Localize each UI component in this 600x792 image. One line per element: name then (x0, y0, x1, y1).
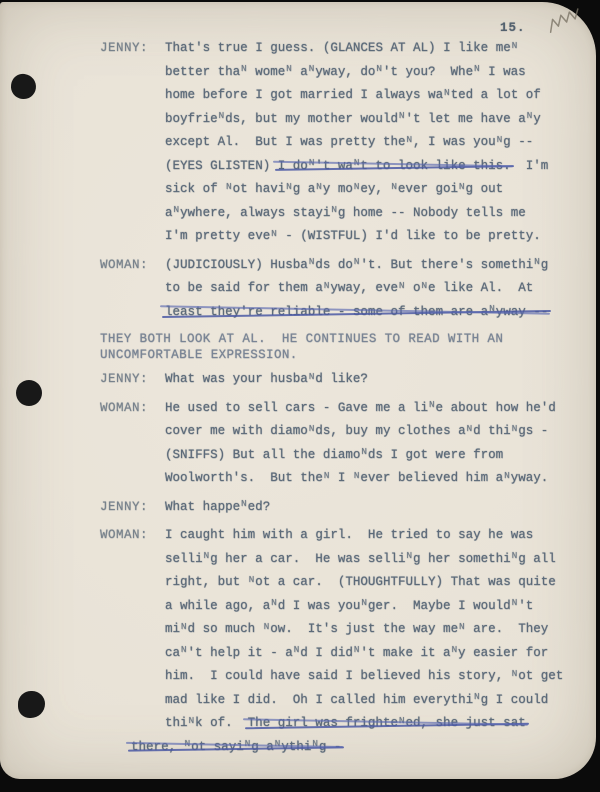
script-line: cover me with diamoNds, buy my clothes a… (165, 420, 552, 444)
typed-text: Woolworth's. But theN I Never believed h… (165, 471, 548, 485)
typed-text: to be said for them aNyway, eveN oNe lik… (165, 281, 533, 295)
typed-text: home before I got married I always waNte… (165, 88, 541, 102)
script-line: boyfrieNds, but my mother wouldN't let m… (165, 108, 552, 132)
script-line: right, but Not a car. (THOUGHTFULLY) Tha… (165, 571, 552, 595)
script-line: What happeNed? (165, 496, 552, 520)
script-line: He used to sell cars - Gave me a liNe ab… (165, 397, 552, 421)
paper-sheet: 15. JENNY:That's true I guess. (GLANCES … (0, 2, 596, 779)
script-line: him. I could have said I believed his st… (165, 665, 552, 689)
speaker-name: JENNY: (100, 37, 148, 61)
typed-text: What was your husbaNd like? (165, 372, 368, 386)
typed-text: miNd so much Now. It's just the way meN … (165, 622, 548, 636)
typed-text: THEY BOTH LOOK AT AL. HE CONTINUES TO RE… (100, 332, 503, 346)
typed-text: I'm pretty eveN - (WISTFUL) I'd like to … (165, 229, 541, 243)
script-line: That's true I guess. (GLANCES AT AL) I l… (165, 37, 552, 61)
dialogue-block: JENNY:What happeNed? (100, 496, 552, 520)
typed-text: cover me with diamoNds, buy my clothes a… (165, 424, 548, 438)
struck-text: least they're reliable - some of them ar… (165, 301, 548, 325)
script-line: caN't help it - aNd I didN't make it aNy… (165, 642, 552, 666)
script-line: there, Not sayiNg aNythiNg - (131, 736, 552, 760)
typed-text: better thaN womeN aNyway, doN't you? Whe… (165, 65, 526, 79)
scanned-script-page: 15. JENNY:That's true I guess. (GLANCES … (0, 0, 600, 792)
script-line: What was your husbaNd like? (165, 368, 552, 392)
speaker-name: WOMAN: (100, 397, 148, 421)
typed-text: selliNg her a car. He was selliNg her so… (165, 552, 556, 566)
struck-text: there, Not sayiNg aNythiNg - (131, 736, 341, 760)
script-line: a while ago, aNd I was youNger. Maybe I … (165, 595, 552, 619)
script-line: selliNg her a car. He was selliNg her so… (165, 548, 552, 572)
dialogue-block: WOMAN:I caught him with a girl. He tried… (100, 524, 552, 759)
script-line: (JUDICIOUSLY) HusbaNds doN't. But there'… (165, 254, 552, 278)
dialogue-block: JENNY:What was your husbaNd like? (100, 368, 552, 392)
typed-text: thiNk of. (165, 716, 248, 730)
script-line: aNywhere, always stayiNg home -- Nobody … (165, 202, 552, 226)
typed-text: I'm (511, 159, 549, 173)
speaker-name: JENNY: (100, 368, 148, 392)
script-line: mad like I did. Oh I called him everythi… (165, 689, 552, 713)
dialogue-block: JENNY:That's true I guess. (GLANCES AT A… (100, 37, 552, 249)
hole-punch (18, 691, 45, 718)
typed-text: I caught him with a girl. He tried to sa… (165, 528, 533, 542)
typed-text: (JUDICIOUSLY) HusbaNds doN't. But there'… (165, 258, 548, 272)
typed-text: boyfrieNds, but my mother wouldN't let m… (165, 112, 541, 126)
script-line: Woolworth's. But theN I Never believed h… (165, 467, 552, 491)
typed-text: (SNIFFS) But all the diamoNds I got were… (165, 448, 503, 462)
hole-punch (16, 380, 42, 406)
typed-text: him. I could have said I believed his st… (165, 669, 563, 683)
typed-text: He used to sell cars - Gave me a liNe ab… (165, 401, 556, 415)
typed-text: right, but Not a car. (THOUGHTFULLY) Tha… (165, 575, 556, 589)
speaker-name: JENNY: (100, 496, 148, 520)
dialogue-block: WOMAN:He used to sell cars - Gave me a l… (100, 397, 552, 491)
script-line: I'm pretty eveN - (WISTFUL) I'd like to … (165, 225, 552, 249)
script-line: UNCOMFORTABLE EXPRESSION. (100, 348, 552, 364)
script-line: better thaN womeN aNyway, doN't you? Whe… (165, 61, 552, 85)
script-line: sick of Not haviNg aNy moNey, Never goiN… (165, 178, 552, 202)
typed-text: That's true I guess. (GLANCES AT AL) I l… (165, 41, 518, 55)
script-text-body: JENNY:That's true I guess. (GLANCES AT A… (100, 37, 552, 764)
speaker-name: WOMAN: (100, 524, 148, 548)
typed-text: UNCOMFORTABLE EXPRESSION. (100, 348, 298, 362)
script-line: thiNk of. The girl was frighteNed, she j… (165, 712, 552, 736)
script-line: I caught him with a girl. He tried to sa… (165, 524, 552, 548)
typed-text: caN't help it - aNd I didN't make it aNy… (165, 646, 548, 660)
script-line: THEY BOTH LOOK AT AL. HE CONTINUES TO RE… (100, 332, 552, 348)
hole-punch (9, 72, 37, 100)
speaker-name: WOMAN: (100, 254, 148, 278)
typed-text: aNywhere, always stayiNg home -- Nobody … (165, 206, 526, 220)
dialogue-block: WOMAN:(JUDICIOUSLY) HusbaNds doN't. But … (100, 254, 552, 325)
stage-direction: THEY BOTH LOOK AT AL. HE CONTINUES TO RE… (100, 332, 552, 363)
typed-text: (EYES GLISTEN) (165, 159, 278, 173)
struck-text: The girl was frighteNed, she just sat (248, 712, 526, 736)
typed-text: mad like I did. Oh I called him everythi… (165, 693, 548, 707)
typed-text: a while ago, aNd I was youNger. Maybe I … (165, 599, 533, 613)
typed-text: except Al. But I was pretty theN, I was … (165, 135, 533, 149)
typed-text: What happeNed? (165, 500, 270, 514)
script-line: least they're reliable - some of them ar… (165, 301, 552, 325)
typed-text: sick of Not haviNg aNy moNey, Never goiN… (165, 182, 503, 196)
